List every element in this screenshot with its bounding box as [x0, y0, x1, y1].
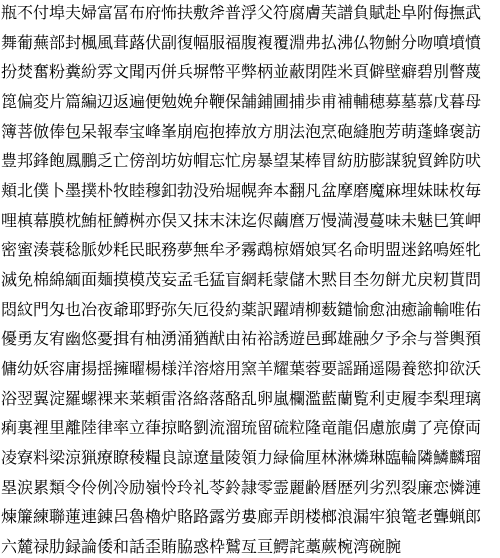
kanji-row-9: 密蜜湊蓑稔脈妙粍民眠務夢無牟矛霧鵡椋婿娘冥名命明盟迷銘鳴姪牝 [1, 235, 500, 265]
kanji-row-13: 傭幼妖容庸揚揺擁曜楊様洋溶熔用窯羊耀葉蓉要謡踊遥陽養慾抑欲沃 [1, 354, 500, 384]
kanji-row-1: 瓶不付埠夫婦富冨布府怖扶敷斧普浮父符腐膚芙譜負賦赴阜附侮撫武 [1, 0, 500, 28]
kanji-row-12: 優勇友宥幽悠憂揖有柚湧涌猶猷由祐裕誘遊邑郵雄融夕予余与誉輿預 [1, 324, 500, 354]
kanji-row-19: 六麓禄肋録論倭和話歪賄脇惑枠鷲亙亘鰐詫藁蕨椀湾碗腕 [1, 532, 500, 558]
kanji-row-6: 豊邦鋒飽鳳鵬乏亡傍剖坊妨帽忘忙房暴望某棒冒紡肪膨謀貌貿鉾防吠 [1, 146, 500, 176]
kanji-row-2: 舞葡蕪部封楓風葺蕗伏副復幅服福腹複覆淵弗払沸仏物鮒分吻噴墳憤 [1, 28, 500, 58]
kanji-row-7: 頬北僕卜墨撲朴牧睦穆釦勃没殆堀幌奔本翻凡盆摩磨魔麻埋妹昧枚毎 [1, 176, 500, 206]
kanji-row-10: 滅免棉綿緬面麺摸模茂妄孟毛猛盲網耗蒙儲木黙目杢勿餅尤戻籾貰問 [1, 265, 500, 295]
kanji-grid: 瓶不付埠夫婦富冨布府怖扶敷斧普浮父符腐膚芙譜負賦赴阜附侮撫武 舞葡蕪部封楓風葺蕗… [1, 0, 500, 558]
kanji-row-5: 簿菩倣俸包呆報奉宝峰峯崩庖抱捧放方朋法泡烹砲縫胞芳萌蓬蜂褒訪 [1, 117, 500, 147]
kanji-row-15: 痢裏裡里離陸律率立葎掠略劉流溜琉留硫粒隆竜龍侶慮旅虜了亮僚両 [1, 413, 500, 443]
kanji-row-14: 浴翌翼淀羅螺裸来莱頼雷洛絡落酪乱卵嵐欄濫藍蘭覧利吏履李梨理璃 [1, 384, 500, 414]
kanji-row-3: 扮焚奮粉糞紛雰文聞丙併兵塀幣平弊柄並蔽閉陛米頁僻壁癖碧別瞥蔑 [1, 57, 500, 87]
kanji-row-11: 悶紋門匁也冶夜爺耶野弥矢厄役約薬訳躍靖柳薮鑓愉愈油癒諭輸唯佑 [1, 295, 500, 325]
kanji-row-18: 煉簾練聯蓮連錬呂魯櫓炉賂路露労婁廊弄朗楼榔浪漏牢狼篭老聾蝋郎 [1, 502, 500, 532]
kanji-row-17: 塁涙累類令伶例冷励嶺怜玲礼苓鈴隷零霊麗齢暦歴列劣烈裂廉恋憐漣 [1, 473, 500, 503]
kanji-row-8: 哩槙幕膜枕鮪柾鱒桝亦俣又抹末沫迄侭繭麿万慢満漫蔓味未魅巳箕岬 [1, 206, 500, 236]
kanji-row-16: 凌寮料梁涼猟療瞭稜糧良諒遼量陵領力緑倫厘林淋燐琳臨輪隣鱗麟瑠 [1, 443, 500, 473]
kanji-row-4: 箆偏変片篇編辺返遍便勉娩弁鞭保舗鋪圃捕歩甫補輔穂募墓慕戊暮母 [1, 87, 500, 117]
